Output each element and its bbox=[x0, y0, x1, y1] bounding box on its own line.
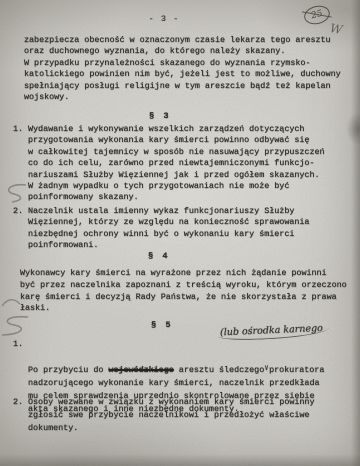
strikethrough-word: wojewódzkiego bbox=[108, 365, 173, 375]
list-item-3-1: 1. Wydawanie i wykonywanie wszelkich zar… bbox=[13, 124, 347, 204]
scan-edge-shade bbox=[351, 0, 360, 466]
list-item-3-2: 2. Naczelnik ustala imienny wykaz funkcj… bbox=[13, 206, 347, 252]
item-text-part: Po przybyciu do bbox=[28, 365, 108, 375]
section-heading-4: § 4 bbox=[148, 251, 169, 261]
section-4-paragraph: Wykonawcy kary śmierci na wyrażone przez… bbox=[20, 268, 354, 315]
item-number: 2. bbox=[13, 396, 28, 409]
item-text-part: aresztu śledczego bbox=[174, 365, 264, 375]
list-item-5-2: 2. Osoby wezwane w związku z wykonaniem … bbox=[13, 396, 347, 434]
item-text: Naczelnik ustala imienny wykaz funkcjona… bbox=[28, 206, 347, 252]
margin-squiggle-icon bbox=[0, 314, 32, 338]
intro-paragraph: zabezpiecza obecność w oznaczonym czasie… bbox=[24, 35, 348, 103]
item-text: Wydawanie i wykonywanie wszelkich zarząd… bbox=[28, 124, 347, 204]
item-number: 1. bbox=[13, 338, 28, 351]
item-text: Osoby wezwane w związku z wykonaniem kar… bbox=[28, 396, 347, 434]
scan-edge-shade bbox=[0, 454, 360, 466]
scanned-document-page: - 3 - 25 W zabezpiecza obecność w oznacz… bbox=[0, 0, 360, 466]
margin-squiggle-icon bbox=[2, 182, 30, 204]
insertion-caret-mark: ∨ bbox=[265, 362, 269, 375]
page-number: - 3 - bbox=[0, 14, 344, 24]
section-heading-5: § 5 bbox=[151, 320, 172, 330]
item-number: 2. bbox=[13, 206, 28, 217]
section-heading-3: § 3 bbox=[149, 111, 170, 121]
item-text-part: prokuratora bbox=[269, 365, 324, 375]
margin-squiggle-icon bbox=[0, 296, 22, 310]
item-number: 1. bbox=[13, 124, 28, 135]
handwritten-insertion-note: (lub ośrodka karnego bbox=[218, 322, 329, 342]
